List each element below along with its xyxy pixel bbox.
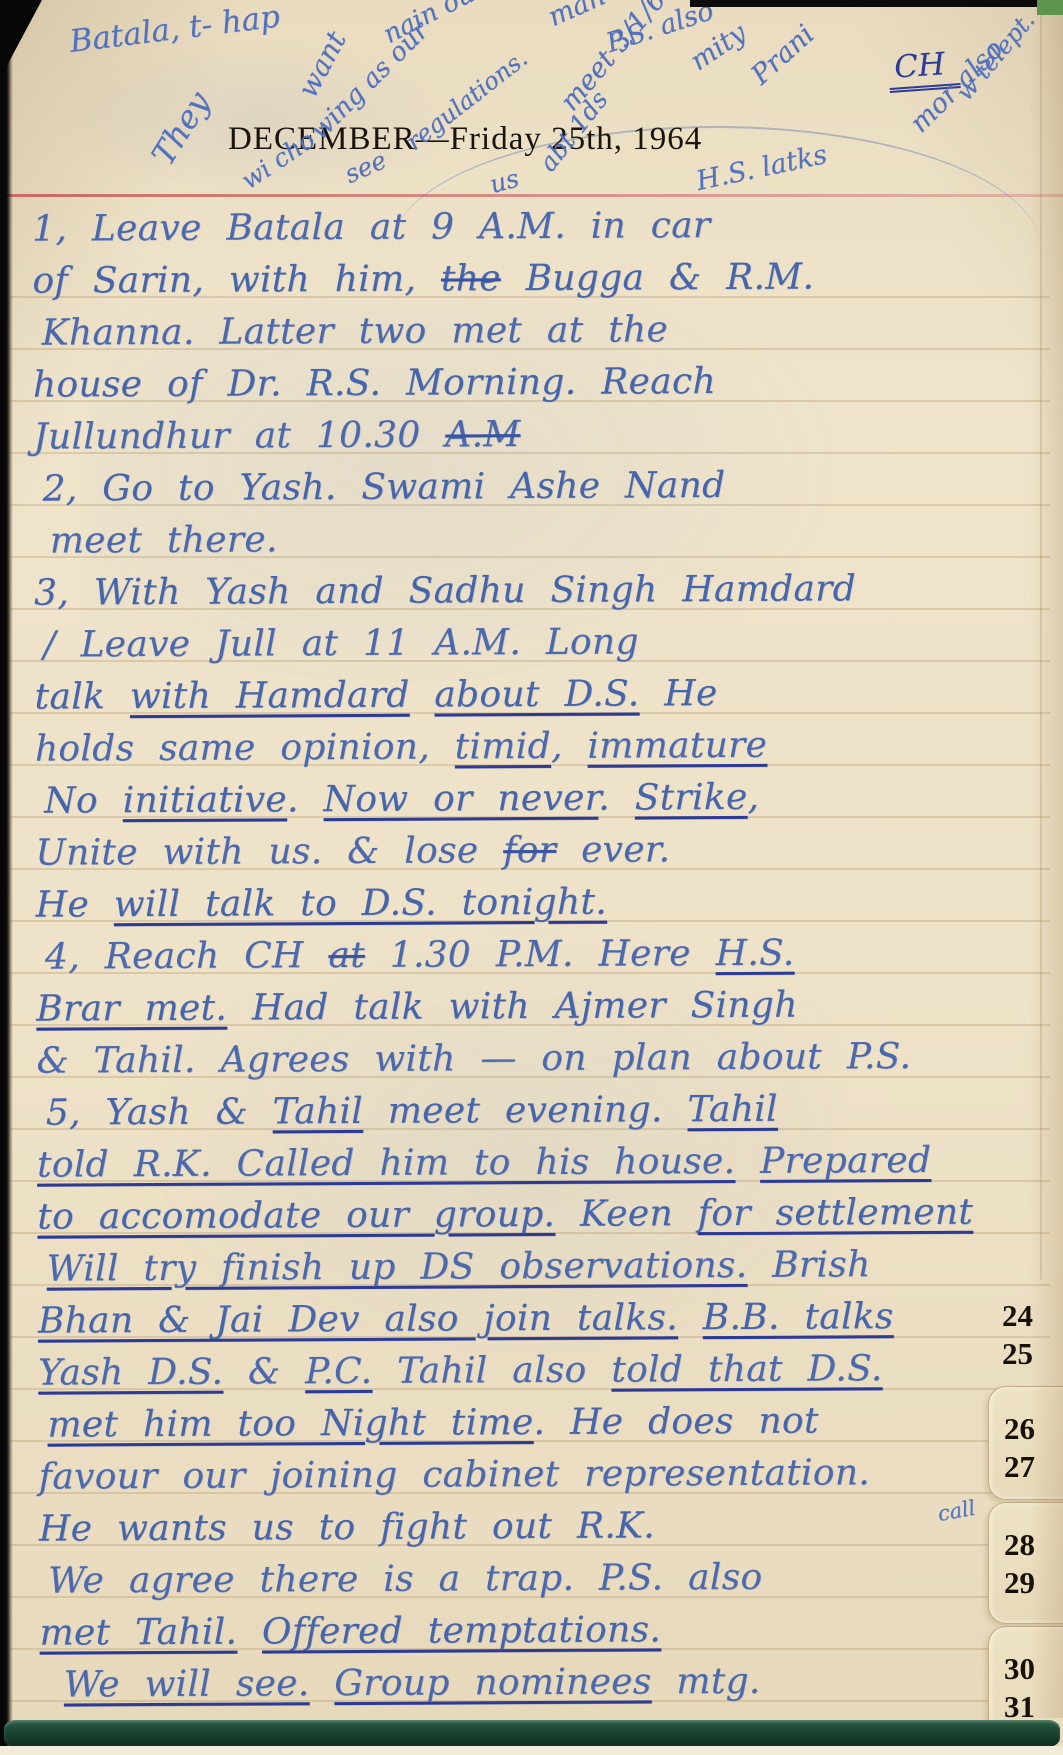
diary-line: & Tahil. Agrees with — on plan about P.S… [36,1035,1041,1092]
handwritten-annotation: man [543,0,610,33]
diary-text-segment: about D.S. [434,673,639,715]
diary-text-segment: 1.30 P.M. Here [365,933,716,976]
diary-text-segment: Bugga & R.M. [501,257,815,300]
diary-text-segment [678,1297,703,1338]
diary-text-segment: P.C. [305,1351,372,1392]
diary-text-segment: Jullundhur at 10.30 [33,414,445,457]
diary-line: We agree there is a trap. P.S. also [48,1555,1044,1612]
diary-text-segment: of Sarin, with him, [32,259,441,302]
diary-text-segment: He [36,884,114,925]
diary-text-segment: Tahil also [372,1350,611,1392]
diary-text-segment: Brish [747,1244,870,1286]
diary-text-segment: 5, Yash & [46,1091,273,1133]
diary-line: holds same opinion, timid, immature [35,723,1040,780]
diary-line: Bhan & Jai Dev also join talks. B.B. tal… [38,1295,1043,1352]
diary-line: We will see. Group nominees mtg. [64,1659,1045,1716]
diary-text-segment: Group nominees [334,1661,652,1704]
diary-text-segment [409,675,434,716]
book-cover-edge [4,1720,1060,1747]
diary-line: Jullundhur at 10.30 A.M [33,411,1038,468]
diary-text-segment: house of Dr. R.S. Morning. Reach [33,361,716,406]
diary-line: 1, Leave Batala at 9 A.M. in car [32,203,1037,260]
diary-text-segment: with Hamdard [130,675,410,717]
diary-text-segment: met him too Night time [47,1402,533,1446]
diary-text-segment: 4, Reach CH [45,935,329,977]
diary-text-segment: Now or never [323,778,598,820]
diary-text-segment: & Tahil. Agrees with — on plan about P.S… [36,1036,911,1082]
background-surface [0,1746,1063,1755]
diary-text-segment: , [551,726,588,767]
handwritten-annotation: They [144,85,218,172]
diary-text-segment: Tahil [273,1091,364,1132]
diary-line: house of Dr. R.S. Morning. Reach [33,359,1038,416]
diary-line: to accomodate our group. Keen for settle… [37,1191,1042,1248]
diary-entries: 1, Leave Batala at 9 A.M. in carof Sarin… [32,203,1045,1716]
diary-text-segment: for [503,830,556,871]
diary-text-segment: Tahil [687,1089,778,1130]
binding-gutter-edge [0,0,13,1755]
diary-text-segment: We agree there is a trap. P.S. also [48,1557,762,1602]
diary-text-segment: . He does not [533,1401,818,1443]
diary-line: 5, Yash & Tahil meet evening. Tahil [46,1087,1042,1144]
diary-text-segment: He wants us to fight out R.K. [39,1505,655,1549]
diary-text-segment: 1, Leave Batala at 9 A.M. in car [32,205,711,250]
diary-text-segment: mtg. [651,1661,760,1703]
diary-line: told R.K. Called him to his house. Prepa… [37,1139,1042,1196]
diary-line: meet there. [50,515,1039,572]
diary-line: favour our joining cabinet representatio… [39,1451,1044,1508]
diary-line: Unite with us. & lose for ever. [35,827,1040,884]
diary-line: Brar met. Had talk with Ajmer Singh [36,983,1041,1040]
diary-text-segment [309,1663,334,1704]
diary-text-segment: 3, With Yash and Sadhu Singh Hamdard [34,568,856,613]
diary-line: No initiative. Now or never. Strike, [44,775,1040,832]
diary-text-segment: A.M [445,414,520,455]
diary-text-segment: . [598,777,635,818]
cover-corner [1037,0,1063,15]
diary-line: Yash D.S. & P.C. Tahil also told that D.… [38,1347,1043,1404]
diary-text-segment: , [747,777,759,818]
diary-text-segment: H.S. [715,933,794,974]
top-edge-shadow [690,0,1063,7]
diary-line: Khanna. Latter two met at the [42,307,1038,364]
diary-text-segment: meet there. [50,519,278,561]
diary-line: Will try finish up DS observations. Bris… [47,1243,1043,1300]
diary-text-segment: to accomodate our group. [37,1194,555,1238]
diary-line: He wants us to fight out R.K. [39,1503,1044,1560]
handwritten-annotation: Batala, t- hap [68,0,282,60]
diary-text-segment: Brar met. [36,988,227,1030]
diary-line: 3, With Yash and Sadhu Singh Hamdard [34,567,1039,624]
diary-line: He will talk to D.S. tonight. [36,879,1041,936]
diary-text-segment: We will see. [64,1663,310,1705]
diary-text-segment: told that D.S. [611,1348,882,1390]
diary-text-segment: timid [455,726,551,768]
diary-text-segment: He [639,673,717,714]
diary-text-segment: told R.K. Called him to his house. [37,1141,735,1186]
diary-text-segment: immature [587,725,767,767]
diary-text-segment: Khanna. Latter two met at the [42,309,669,353]
diary-line: / Leave Jull at 11 A.M. Long [43,619,1039,676]
page-stack-edge [1029,0,1063,1718]
diary-text-segment: the [441,258,501,299]
diary-text-segment: . [287,779,324,820]
diary-line: met Tahil. Offered temptations. [39,1607,1044,1664]
diary-text-segment: Offered temptations. [262,1609,661,1652]
diary-text-segment: Had talk with Ajmer Singh [227,985,798,1029]
diary-line: 4, Reach CH at 1.30 P.M. Here H.S. [45,931,1041,988]
diary-text-segment: initiative [123,779,287,821]
diary-text-segment: Unite with us. & lose [35,830,503,873]
diary-text-segment: Will try finish up DS observations. [47,1245,748,1290]
diary-text-segment [237,1611,262,1652]
diary-text-segment [735,1141,760,1182]
diary-text-segment: Bhan & Jai Dev also join talks. [38,1297,678,1341]
diary-text-segment: Prepared [760,1140,931,1182]
diary-text-segment: B.B. talks [703,1296,894,1338]
diary-text-segment: No [44,780,123,821]
diary-text-segment: meet evening. [363,1089,688,1132]
diary-text-segment: ever. [556,829,670,871]
page-crease [1040,0,1042,1280]
diary-text-segment: Yash D.S. [38,1352,223,1394]
diary-line: talk with Hamdard about D.S. He [35,671,1040,728]
diary-text-segment: 2, Go to Yash. Swami Ashe Nand [42,465,725,510]
diary-text-segment: will talk to D.S. tonight. [114,882,607,926]
diary-text-segment: / Leave Jull at 11 A.M. Long [43,621,639,665]
diary-text-segment: holds same opinion, [35,726,455,769]
diary-page-scan: DECEMBER—Friday 25th, 1964 Batala, t- ha… [0,0,1063,1755]
diary-line: of Sarin, with him, the Bugga & R.M. [32,255,1037,312]
diary-text-segment: for settlement [698,1192,974,1234]
diary-text-segment: at [328,935,365,976]
diary-line: 2, Go to Yash. Swami Ashe Nand [42,463,1038,520]
diary-text-segment: met Tahil. [39,1612,237,1654]
diary-text-segment: Keen [555,1193,698,1235]
diary-text-segment: talk [35,676,130,717]
handwritten-annotation: Prani [745,19,820,91]
diary-text-segment: Strike [635,777,748,819]
diary-text-segment: & [223,1351,305,1392]
diary-line: met him too Night time. He does not [47,1399,1043,1456]
diary-text-segment: favour our joining cabinet representatio… [39,1452,871,1497]
